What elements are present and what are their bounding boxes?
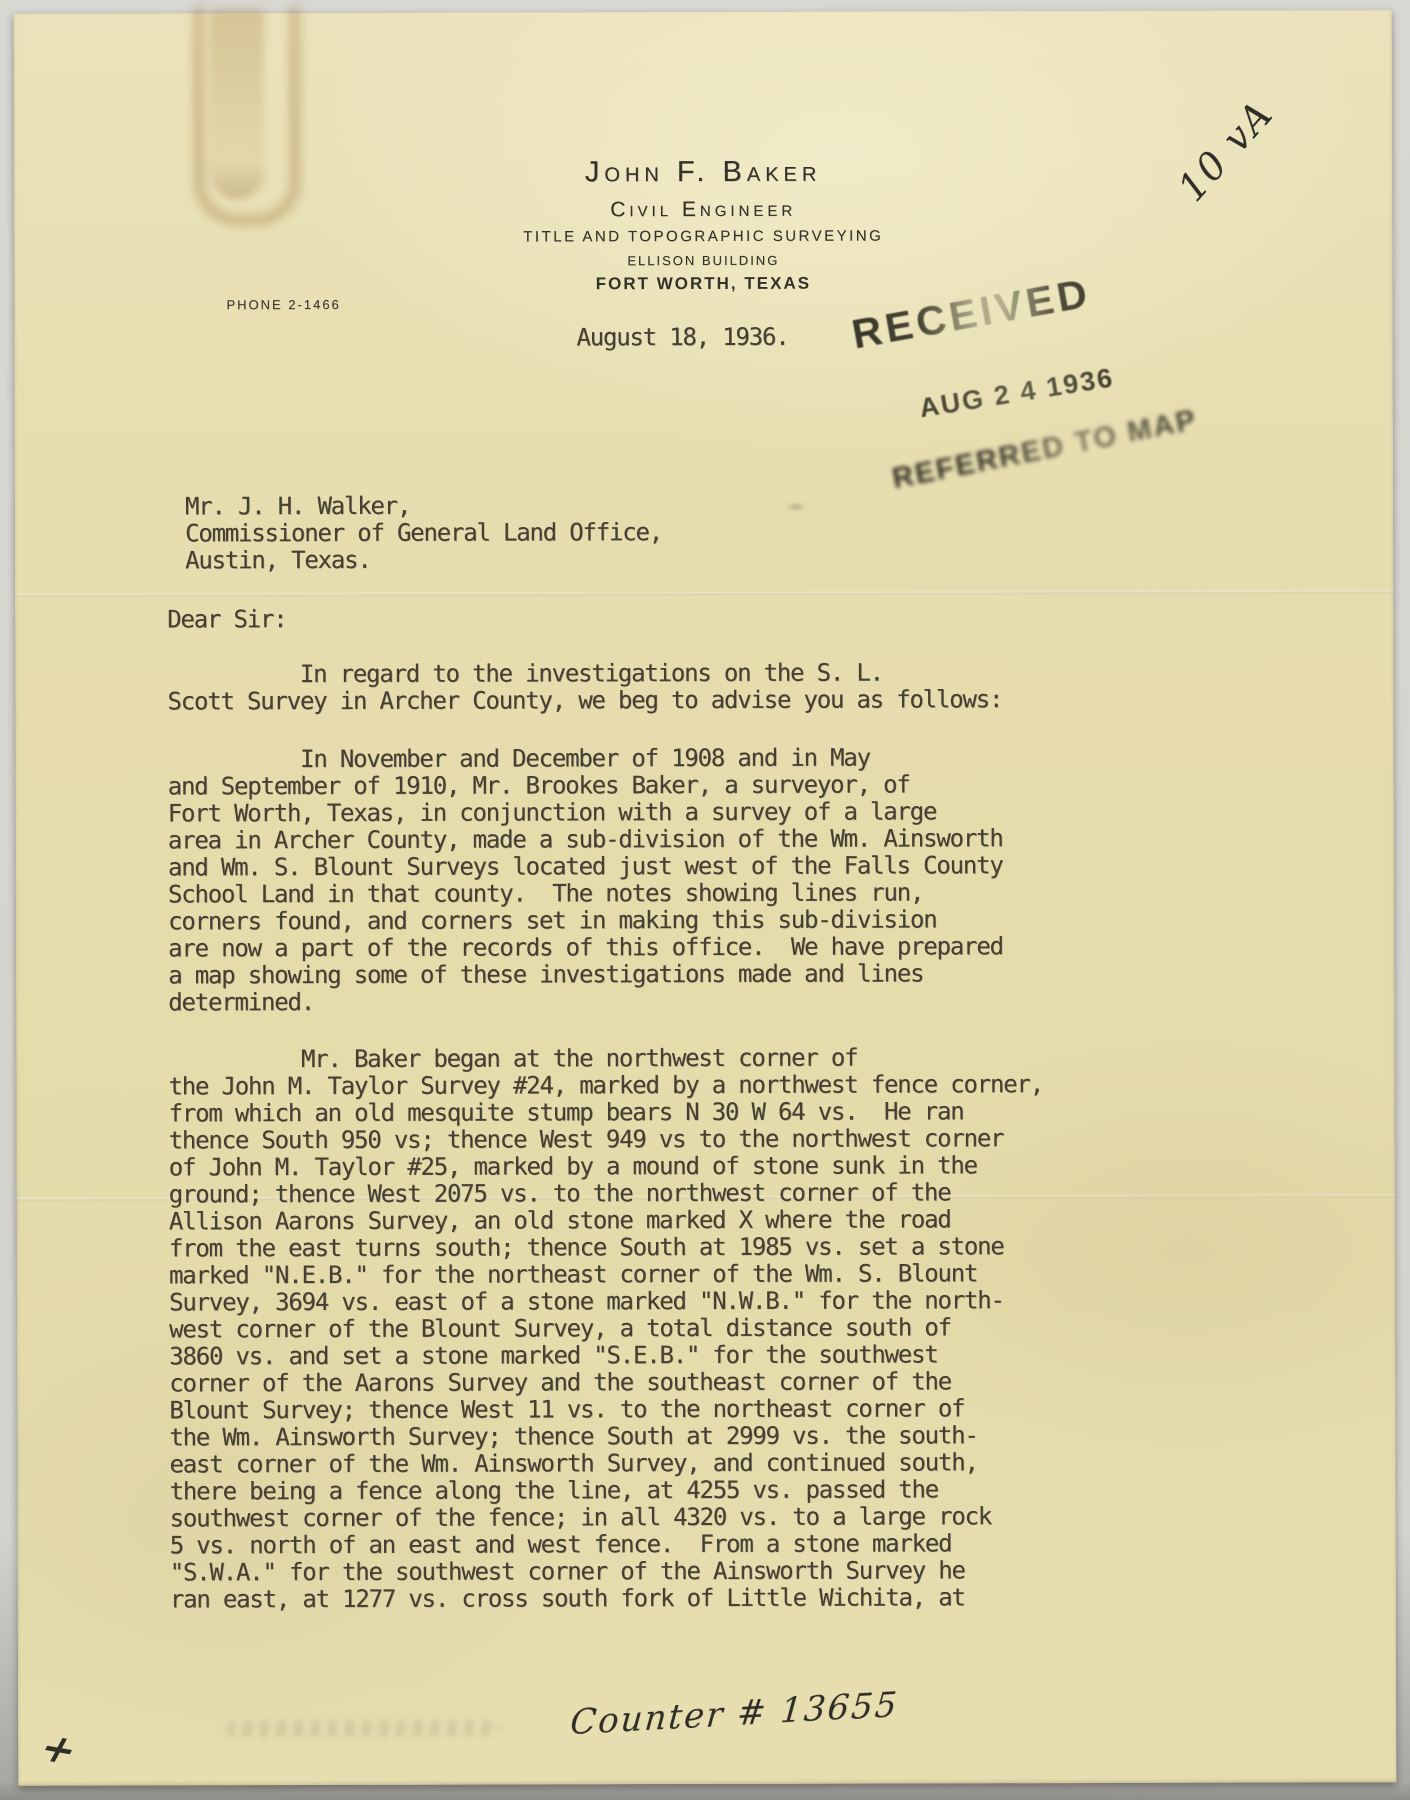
received-date-stamp: AUG 2 4 1936 [917, 362, 1116, 424]
date-line: August 18, 1936. [576, 324, 788, 352]
paragraph-history: In November and December of 1908 and in … [168, 744, 1229, 1017]
letterhead-city: FORT WORTH, TEXAS [14, 272, 1392, 296]
salutation: Dear Sir: [167, 606, 286, 633]
rust-stain-outline [194, 7, 301, 225]
letterhead-building: ELLISON BUILDING [14, 251, 1392, 270]
ink-smudge [785, 502, 807, 512]
letter-page: John F. Baker Civil Engineer TITLE AND T… [14, 10, 1397, 1786]
letterhead-subtitle: TITLE AND TOPOGRAPHIC SURVEYING [14, 226, 1392, 247]
letterhead-title: Civil Engineer [14, 196, 1392, 224]
handwritten-corner-mark: + [31, 1724, 87, 1773]
paragraph-intro: In regard to the investigations on the S… [167, 659, 1197, 716]
letterhead-phone: PHONE 2-1466 [226, 297, 340, 312]
scanned-letter-screenshot: { "colors": { "paper": "#e6ddae", "backg… [0, 0, 1410, 1800]
fold-crease-top [15, 590, 1393, 597]
handwritten-top-right-note: 10 vA [1170, 92, 1282, 210]
paragraph-survey-notes: Mr. Baker began at the northwest corner … [168, 1044, 1229, 1614]
recipient-address: Mr. J. H. Walker, Commissioner of Genera… [185, 492, 662, 574]
pencil-bleed-through [226, 1721, 501, 1738]
handwritten-counter-number: Counter # 13655 [569, 1685, 901, 1743]
